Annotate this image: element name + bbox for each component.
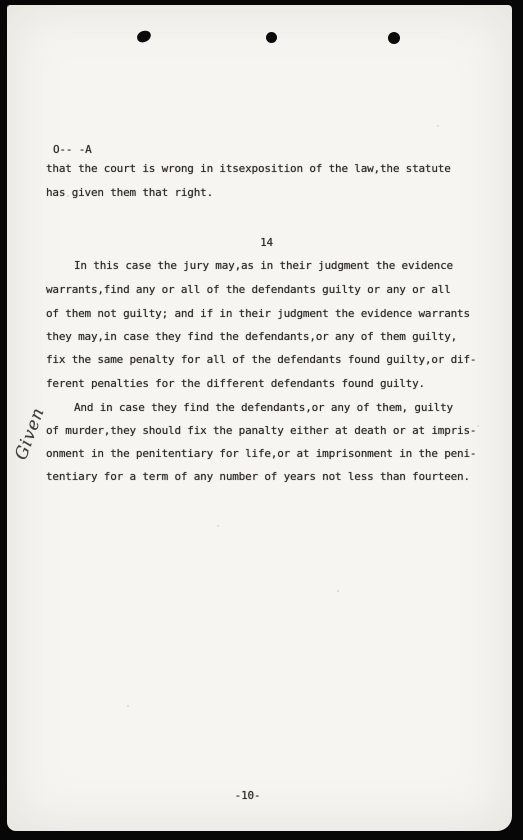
typed-line: And in case they find the defendants,or …: [74, 401, 453, 414]
typed-line: In this case the jury may,as in their ju…: [74, 259, 453, 272]
page-number: -10-: [0, 789, 500, 802]
binder-hole-icon: [136, 30, 152, 44]
typed-line: warrants,find any or all of the defendan…: [46, 283, 451, 296]
typed-line: ferent penalties for the different defen…: [46, 377, 425, 390]
typed-line: tentiary for a term of any number of yea…: [46, 470, 470, 483]
typed-line: that the court is wrong in itsexposition…: [46, 162, 451, 175]
instruction-number: 14: [14, 236, 519, 249]
binder-hole-icon: [266, 32, 277, 43]
typed-line: of them not guilty; and if in their judg…: [46, 307, 470, 320]
scanned-page: Given O-- -A that the court is wrong in …: [7, 5, 512, 831]
typed-line: has given them that right.: [46, 186, 213, 199]
document-scan: Given O-- -A that the court is wrong in …: [0, 0, 523, 840]
binder-hole-icon: [388, 32, 400, 44]
exhibit-mark: O-- -A: [53, 143, 92, 156]
typed-line: of murder,they should fix the panalty ei…: [46, 424, 476, 437]
typed-line: onment in the penitentiary for life,or a…: [46, 447, 476, 460]
scan-noise: [7, 5, 9, 7]
typed-line: fix the same penalty for all of the defe…: [46, 353, 476, 366]
typed-line: they may,in case they find the defendant…: [46, 330, 457, 343]
